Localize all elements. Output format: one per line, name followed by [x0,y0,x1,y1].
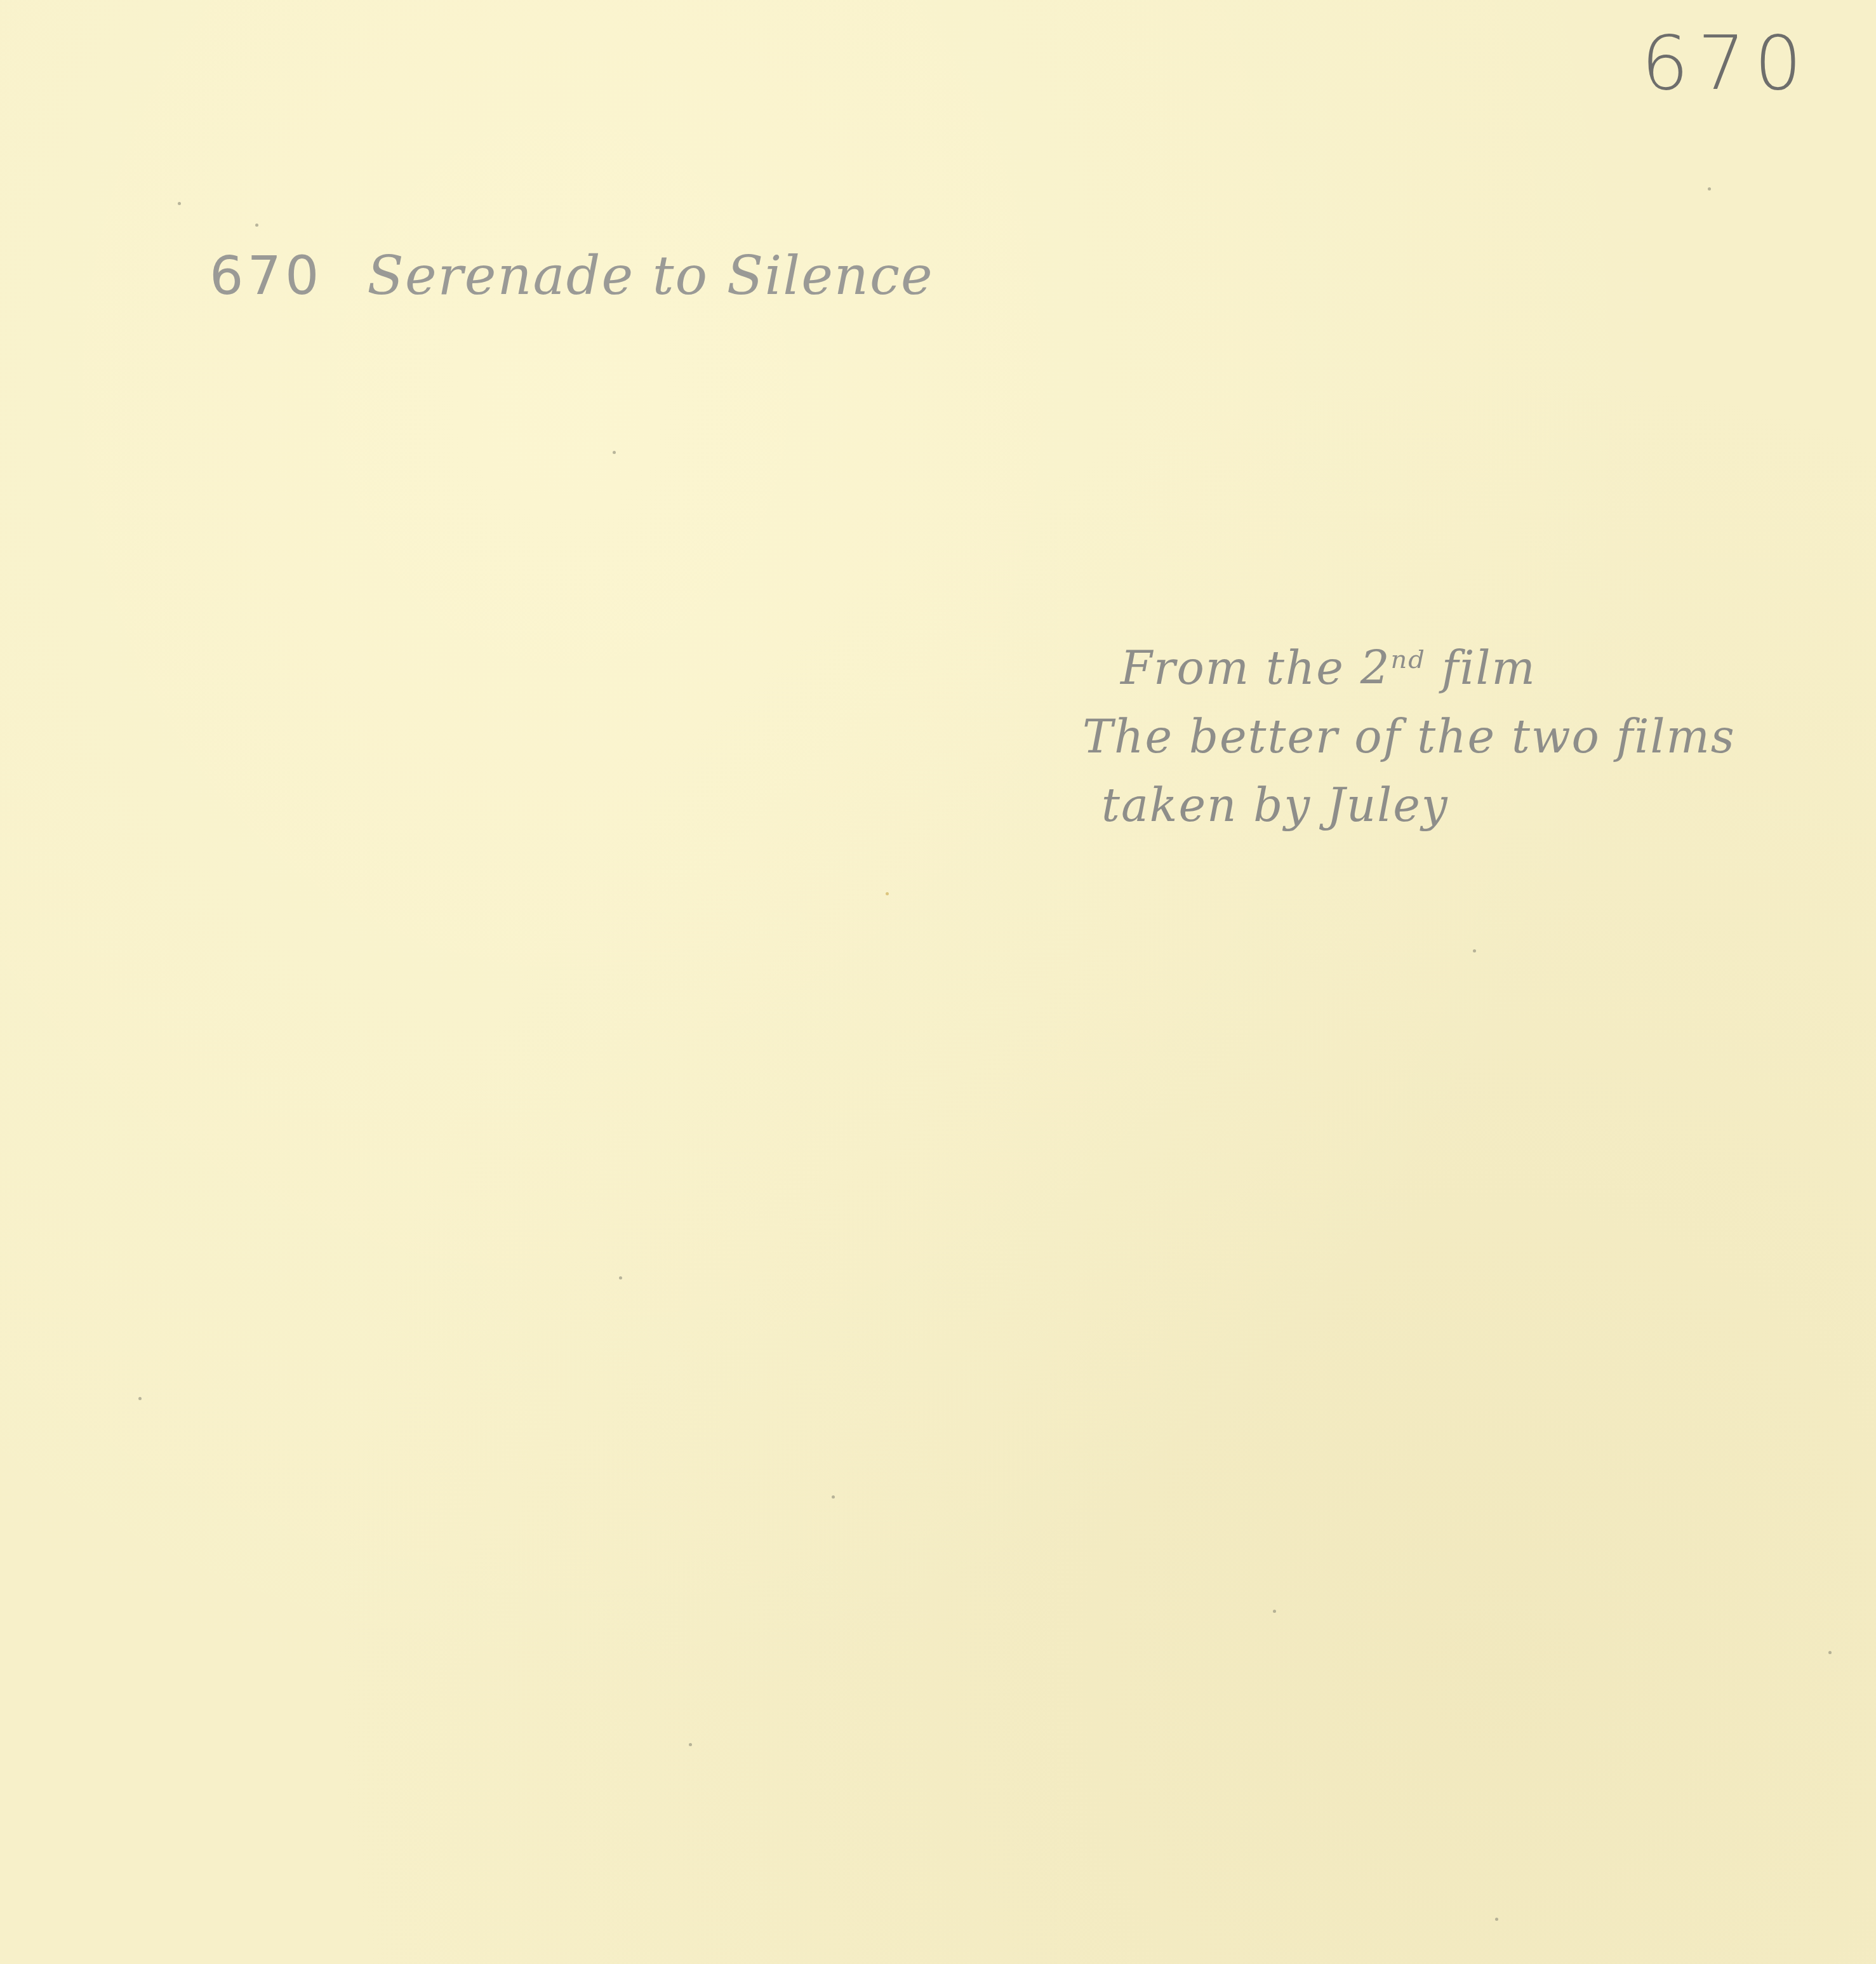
artwork-title-line: 670Serenade to Silence [210,244,934,307]
paper-speck [613,451,616,454]
note-line-1-suffix: film [1426,641,1536,695]
catalog-number: 670 [210,244,323,307]
note-line-2: The better of the two films [1082,702,1736,771]
note-line-3: taken by Juley [1082,771,1736,839]
ordinal-superscript: nd [1391,645,1426,674]
paper-speck [886,892,889,895]
handwritten-note: From the 2nd film The better of the two … [1082,625,1736,839]
paper-speck [1473,949,1476,952]
paper-speck [689,1743,692,1746]
paper-speck [1828,1651,1832,1654]
paper-speck [1273,1610,1276,1613]
artwork-title: Serenade to Silence [367,244,933,307]
paper-speck [832,1495,835,1499]
paper-speck [1708,187,1711,190]
paper-speck [1495,1918,1498,1921]
paper-speck [255,224,258,227]
paper-speck [619,1276,622,1279]
note-line-1: From the 2nd film [1082,625,1736,702]
paper-speck [178,202,181,205]
note-line-1-prefix: From the 2 [1121,641,1391,695]
paper-speck [138,1397,142,1400]
page-number: 670 [1641,19,1811,107]
